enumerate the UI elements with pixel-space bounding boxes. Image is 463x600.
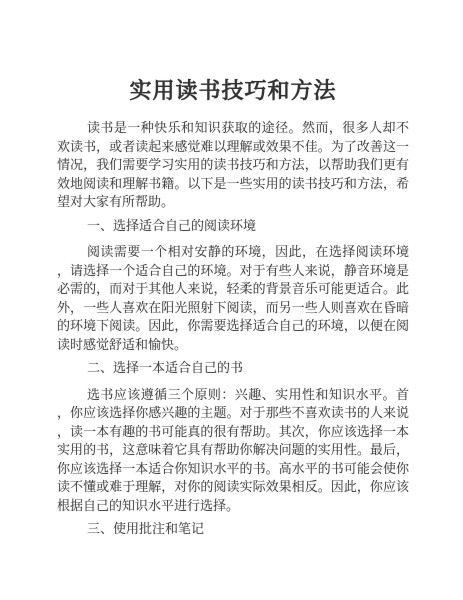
paragraph-line: 读书是一种快乐和知识获取的途径。然而，很多人却不喜	[57, 119, 409, 138]
paragraph-line: ，你应该选择你感兴趣的主题。对于那些不喜欢读书的人来说	[57, 404, 409, 423]
paragraph: 选书应该遵循三个原则：兴趣、实用性和知识水平。首先，你应该选择你感兴趣的主题。对…	[57, 386, 409, 516]
paragraph-line: 望对大家有所帮助。	[57, 193, 409, 212]
paragraph-line: ，请选择一个适合自己的环境。对于有些人来说，静音环境是	[57, 262, 409, 281]
paragraph: 读书是一种快乐和知识获取的途径。然而，很多人却不喜欢读书，或者读起来感觉难以理解…	[57, 119, 409, 212]
paragraph-line: 实用的书，这意味着它具有帮助你解决问题的实用性。最后，	[57, 441, 409, 460]
paragraph-line: ，读一本有趣的书可能真的很有帮助。其次，你应该选择一本	[57, 423, 409, 442]
section-heading: 二、选择一本适合自己的书	[57, 359, 409, 378]
document-page: 实用读书技巧和方法 读书是一种快乐和知识获取的途径。然而，很多人却不喜欢读书，或…	[0, 0, 463, 600]
paragraph-line: 你应该选择一本适合你知识水平的书。高水平的书可能会使你	[57, 460, 409, 479]
document-title: 实用读书技巧和方法	[57, 75, 409, 107]
document-content: 读书是一种快乐和知识获取的途径。然而，很多人却不喜欢读书，或者读起来感觉难以理解…	[57, 119, 409, 539]
paragraph-line: 读时感觉舒适和愉快。	[57, 336, 409, 355]
paragraph-line: 根据自己的知识水平进行选择。	[57, 497, 409, 516]
paragraph-line: 选书应该遵循三个原则：兴趣、实用性和知识水平。首先	[57, 386, 409, 405]
paragraph-line: 的环境下阅读。因此，你需要选择适合自己的环境，以便在阅	[57, 317, 409, 336]
paragraph: 阅读需要一个相对安静的环境，因此，在选择阅读环境时，请选择一个适合自己的环境。对…	[57, 243, 409, 354]
section-heading: 一、选择适合自己的阅读环境	[57, 217, 409, 236]
paragraph-line: 效地阅读和理解书籍。以下是一些实用的读书技巧和方法，希	[57, 175, 409, 194]
paragraph-line: 阅读需要一个相对安静的环境，因此，在选择阅读环境时	[57, 243, 409, 262]
section-heading: 三、使用批注和笔记	[57, 520, 409, 539]
paragraph-line: 情况，我们需要学习实用的读书技巧和方法，以帮助我们更有	[57, 156, 409, 175]
paragraph-line: 欢读书，或者读起来感觉难以理解或效果不佳。为了改善这一	[57, 138, 409, 157]
paragraph-line: 外，一些人喜欢在阳光照射下阅读，而另一些人则喜欢在昏暗	[57, 299, 409, 318]
paragraph-line: 读不懂或难于理解，对你的阅读实际效果相反。因此，你应该	[57, 478, 409, 497]
paragraph-line: 必需的，而对于其他人来说，轻柔的背景音乐可能更适合。此	[57, 280, 409, 299]
